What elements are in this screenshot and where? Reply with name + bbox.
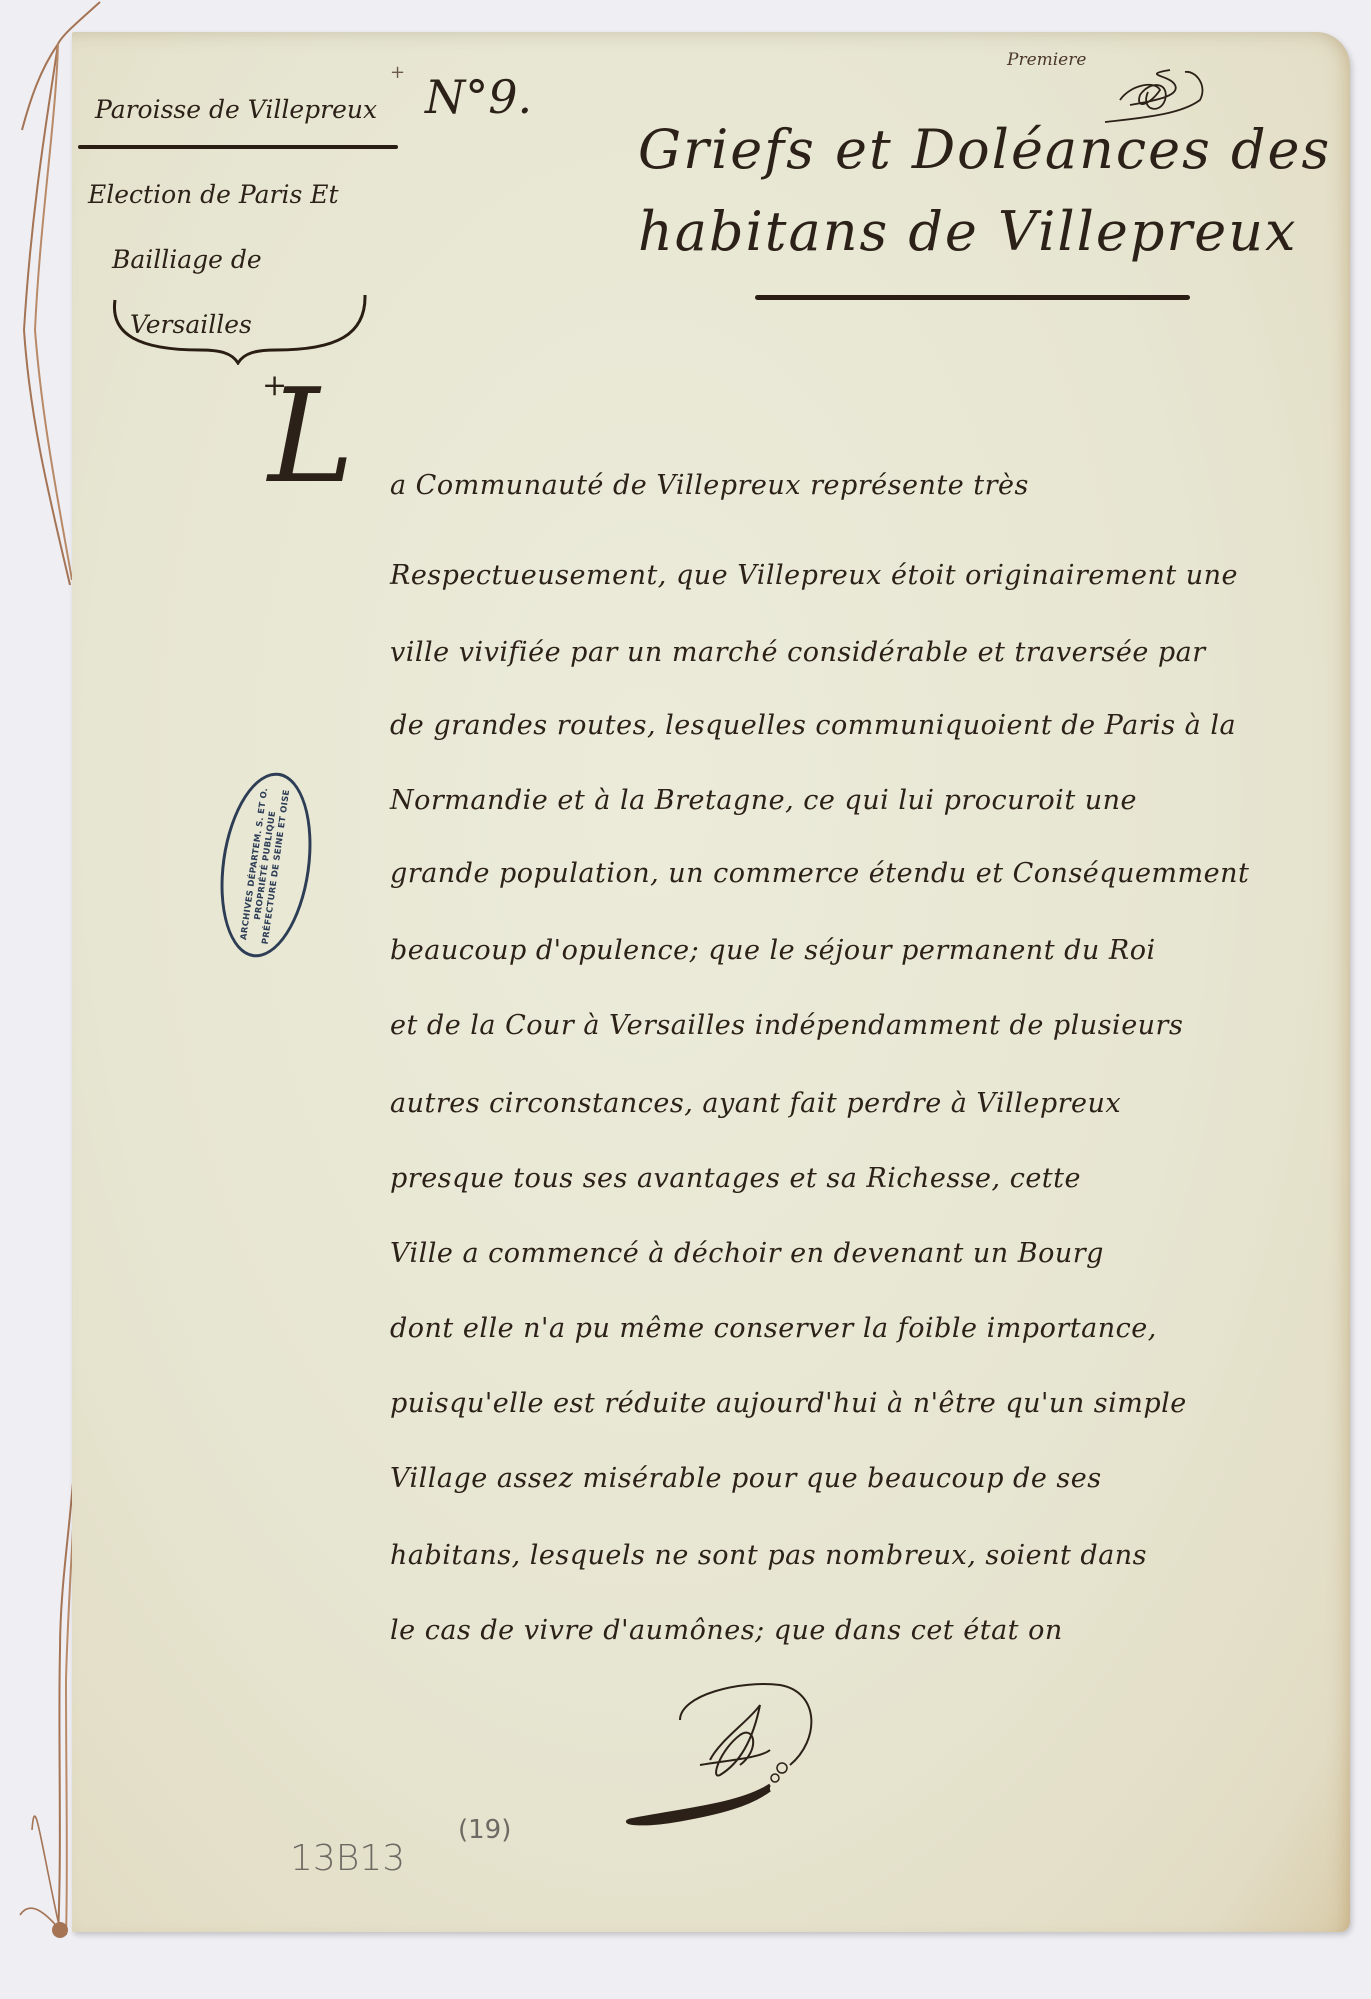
body-line: Village assez misérable pour que beaucou… (390, 1463, 1102, 1494)
parish-underline (78, 145, 398, 149)
document-number: N°9. (425, 70, 532, 124)
body-line: autres circonstances, ayant fait perdre … (390, 1088, 1121, 1119)
body-line: Normandie et à la Bretagne, ce qui lui p… (390, 785, 1137, 816)
body-line: de grandes routes, lesquelles communiquo… (390, 710, 1236, 741)
body-line: le cas de vivre d'aumônes; que dans cet … (390, 1615, 1063, 1646)
election-line: Election de Paris Et (88, 180, 339, 209)
body-line: presque tous ses avantages et sa Richess… (390, 1163, 1081, 1194)
paraph-signature-icon (620, 1680, 880, 1830)
body-line: et de la Cour à Versailles indépendammen… (390, 1010, 1183, 1041)
title-line-2: habitans de Villepreux (638, 200, 1297, 263)
curly-brace-icon (110, 295, 370, 365)
body-line: habitans, lesquels ne sont pas nombreux,… (390, 1540, 1147, 1571)
premiere-annotation: Premiere (1007, 50, 1086, 70)
body-line: dont elle n'a pu même conserver la foibl… (390, 1313, 1157, 1344)
body-line: ville vivifiée par un marché considérabl… (390, 637, 1206, 668)
small-cross-mark: + (390, 62, 405, 83)
body-line: beaucoup d'opulence; que le séjour perma… (390, 935, 1156, 966)
bailliage-line: Bailliage de (112, 245, 262, 274)
title-underline (755, 295, 1190, 300)
paraph-signature-icon (1100, 60, 1210, 130)
catalog-superscript: (19) (458, 1815, 511, 1845)
body-line: Respectueusement, que Villepreux étoit o… (390, 560, 1238, 591)
body-line: grande population, un commerce étendu et… (390, 858, 1249, 889)
drop-cap-initial: L (268, 360, 354, 512)
body-line: a Communauté de Villepreux représente tr… (390, 470, 1029, 501)
catalog-reference: 13B13 (290, 1838, 405, 1879)
title-line-1: Griefs et Doléances des (638, 118, 1331, 181)
body-line: puisqu'elle est réduite aujourd'hui à n'… (390, 1388, 1187, 1419)
body-line: Ville a commencé à déchoir en devenant u… (390, 1238, 1104, 1269)
parish-heading: Paroisse de Villepreux (95, 95, 377, 124)
